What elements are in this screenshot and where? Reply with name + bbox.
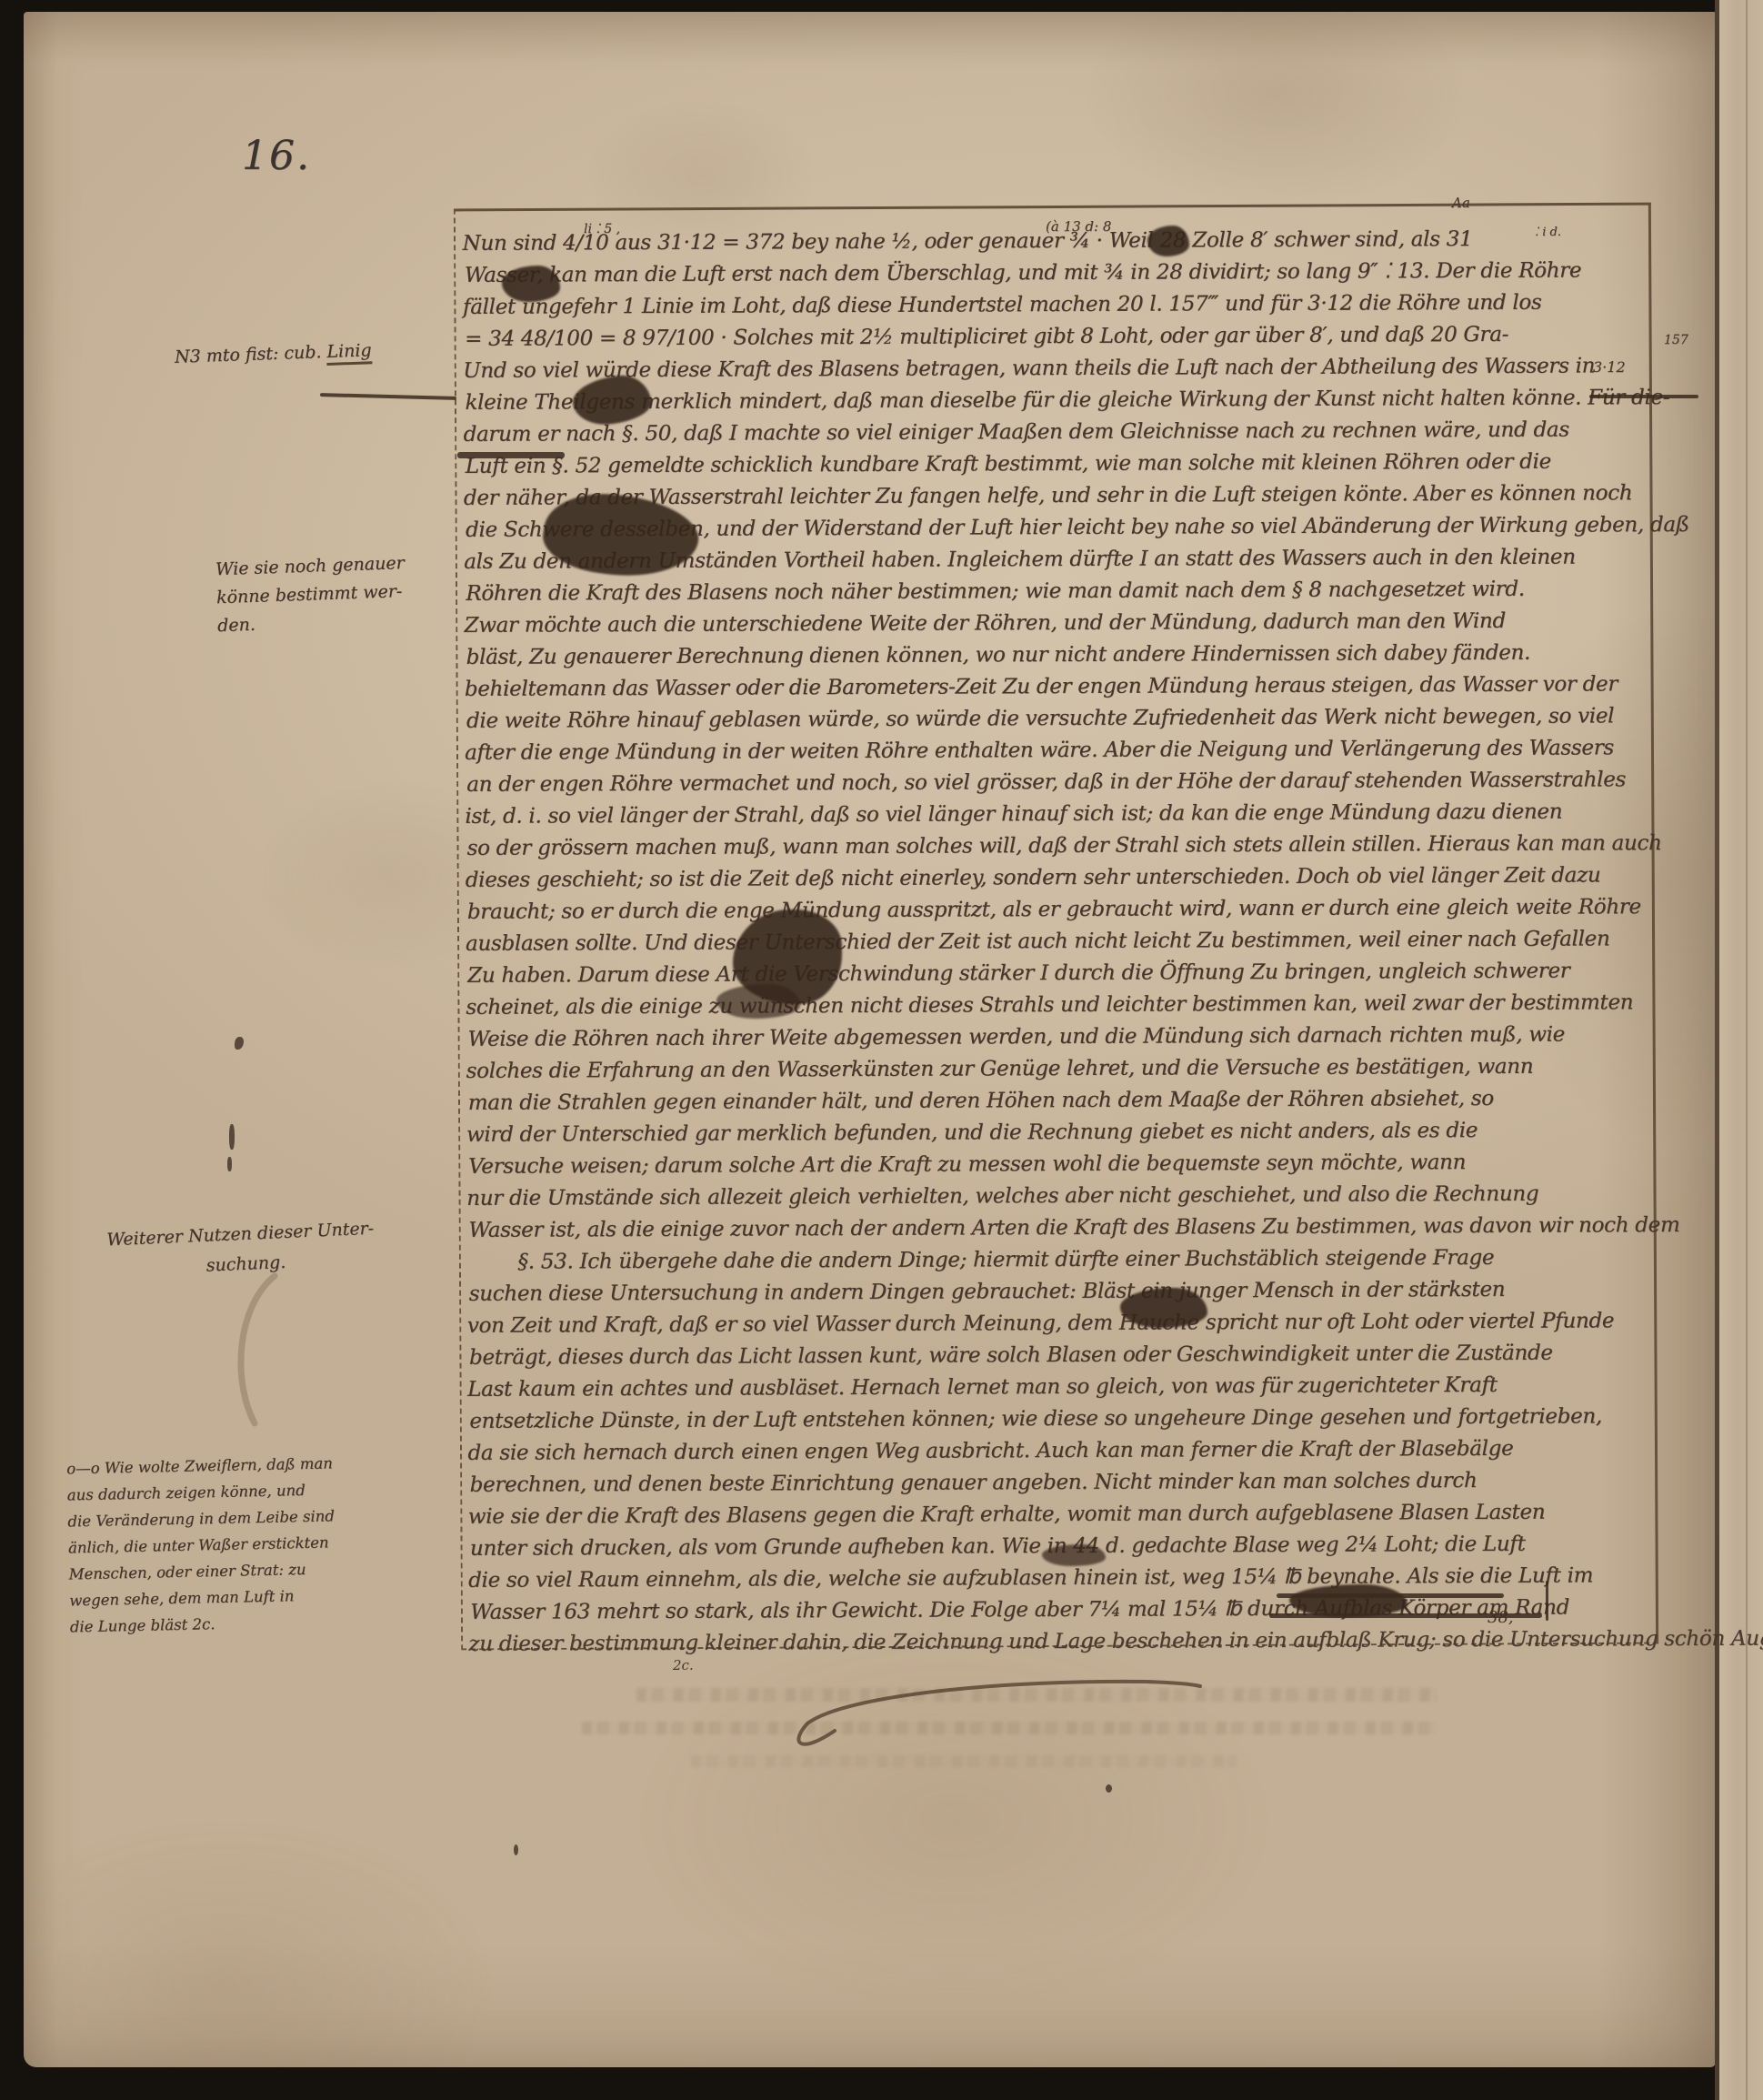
margin-note-genauer: Wie sie noch genauerkönne bestimmt wer-d…	[215, 547, 490, 640]
page-number: 16.	[242, 133, 311, 179]
manuscript-line: dieses geschieht; so ist die Zeit deß ni…	[466, 859, 1651, 897]
manuscript-line: von Zeit und Kraft, daß er so viel Wasse…	[467, 1305, 1653, 1342]
manuscript-line: wird der Unterschied gar merklich befund…	[466, 1114, 1652, 1151]
manuscript-line: Versuche weisen; darum solche Art die Kr…	[468, 1146, 1652, 1183]
manuscript-line: Last kaum ein achtes und ausbläset. Hern…	[467, 1369, 1653, 1406]
manuscript-line: Nun sind 4/10 aus 31·12 = 372 bey nahe ½…	[463, 223, 1648, 260]
strike-mark	[457, 452, 565, 458]
adjacent-page-crease	[1746, 0, 1748, 2100]
manuscript-line: suchen diese Untersuchung in andern Ding…	[469, 1273, 1653, 1311]
manuscript-line: fället ungefehr 1 Linie im Loht, daß die…	[463, 286, 1648, 324]
manuscript-text-block: Nun sind 4/10 aus 31·12 = 372 bey nahe ½…	[463, 223, 1655, 1661]
manuscript-line: Luft ein §. 52 gemeldte schicklich kundb…	[466, 446, 1649, 483]
margin-note-zweifler: o—o Wie wolte Zweiflern, daß manaus dadu…	[66, 1450, 370, 1641]
ink-blot	[1147, 226, 1189, 256]
manuscript-line: man die Strahlen gegen einander hält, un…	[468, 1082, 1652, 1120]
manuscript-line: braucht; so er durch die enge Mündung au…	[467, 891, 1651, 929]
manuscript-line: Zu haben. Darum diese Art die Verschwind…	[467, 955, 1651, 992]
manuscript-line: berechnen, und denen beste Einrichtung g…	[470, 1464, 1654, 1502]
ink-blot	[1042, 1544, 1106, 1566]
ink-blot	[1120, 1288, 1207, 1328]
margin-note-shorthand-underlined: Linig	[326, 340, 372, 366]
manuscript-line: solches die Erfahrung an den Wasserkünst…	[466, 1050, 1652, 1088]
manuscript-line: an der engen Röhre vermachet und noch, s…	[466, 764, 1650, 801]
manuscript-line: scheinet, als die einige zu wünschen nic…	[466, 987, 1651, 1024]
strike-mark	[1269, 1613, 1542, 1618]
manuscript-line: beträgt, dieses durch das Licht lassen k…	[469, 1337, 1653, 1374]
manuscript-line: ausblasen sollte. Und dieser Unterschied…	[466, 923, 1651, 960]
strike-mark	[1277, 1593, 1504, 1598]
ink-blot	[716, 984, 800, 1019]
ink-speck	[229, 1124, 235, 1150]
ink-blot	[502, 266, 560, 302]
scanned-manuscript-page: 16. Nun sind 4/10 aus 31·12 = 372 bey na…	[0, 0, 1763, 2100]
ink-speck	[1106, 1784, 1112, 1793]
pencil-margin-mark	[218, 1269, 300, 1432]
ink-blot	[1289, 1584, 1407, 1617]
pen-flourish	[782, 1660, 1218, 1778]
manuscript-line: entsetzliche Dünste, in der Luft entsteh…	[469, 1401, 1653, 1438]
ink-speck	[514, 1844, 518, 1855]
adjacent-page-edge	[1719, 0, 1763, 2100]
etc-mark: 2c.	[673, 1657, 694, 1673]
manuscript-line: = 34 48/100 = 8 97/100 · Solches mit 2½ …	[465, 318, 1648, 356]
manuscript-line: Wasser, kan man die Luft erst nach dem Ü…	[465, 255, 1648, 292]
manuscript-line: after die enge Mündung in der weiten Röh…	[465, 732, 1650, 769]
manuscript-line: zu dieser bestimmung kleiner dahin, die …	[468, 1623, 1654, 1661]
strike-mark	[1546, 1581, 1548, 1621]
manuscript-line: darum er nach §. 50, daß I machte so vie…	[463, 414, 1648, 451]
manuscript-line: Weise die Röhren nach ihrer Weite abgeme…	[467, 1019, 1651, 1056]
manuscript-line: Wasser ist, als die einige zuvor nach de…	[468, 1210, 1652, 1247]
manuscript-line: Röhren die Kraft des Blasens noch näher …	[466, 573, 1649, 610]
manuscript-line: bläst, Zu genauerer Berechnung dienen kö…	[466, 637, 1650, 674]
manuscript-line: nur die Umstände sich allezeit gleich ve…	[466, 1178, 1652, 1215]
manuscript-line: behieltemann das Wasser oder die Baromet…	[465, 668, 1650, 706]
manuscript-line: da sie sich hernach durch einen engen We…	[467, 1432, 1653, 1470]
ink-speck	[227, 1157, 232, 1171]
manuscript-line: die weite Röhre hinauf geblasen würde, s…	[466, 700, 1650, 738]
manuscript-line: Zwar möchte auch die unterschiedene Weit…	[464, 605, 1649, 642]
manuscript-line: ist, d. i. so viel länger der Strahl, da…	[465, 796, 1650, 833]
manuscript-line: wie sie der die Kraft des Blasens gegen …	[468, 1496, 1654, 1533]
manuscript-line: so der grössern machen muß, wann man sol…	[466, 828, 1650, 865]
fraction-bar	[1589, 395, 1698, 398]
manuscript-line: §. 53. Ich übergehe dahe die andern Ding…	[466, 1241, 1652, 1279]
